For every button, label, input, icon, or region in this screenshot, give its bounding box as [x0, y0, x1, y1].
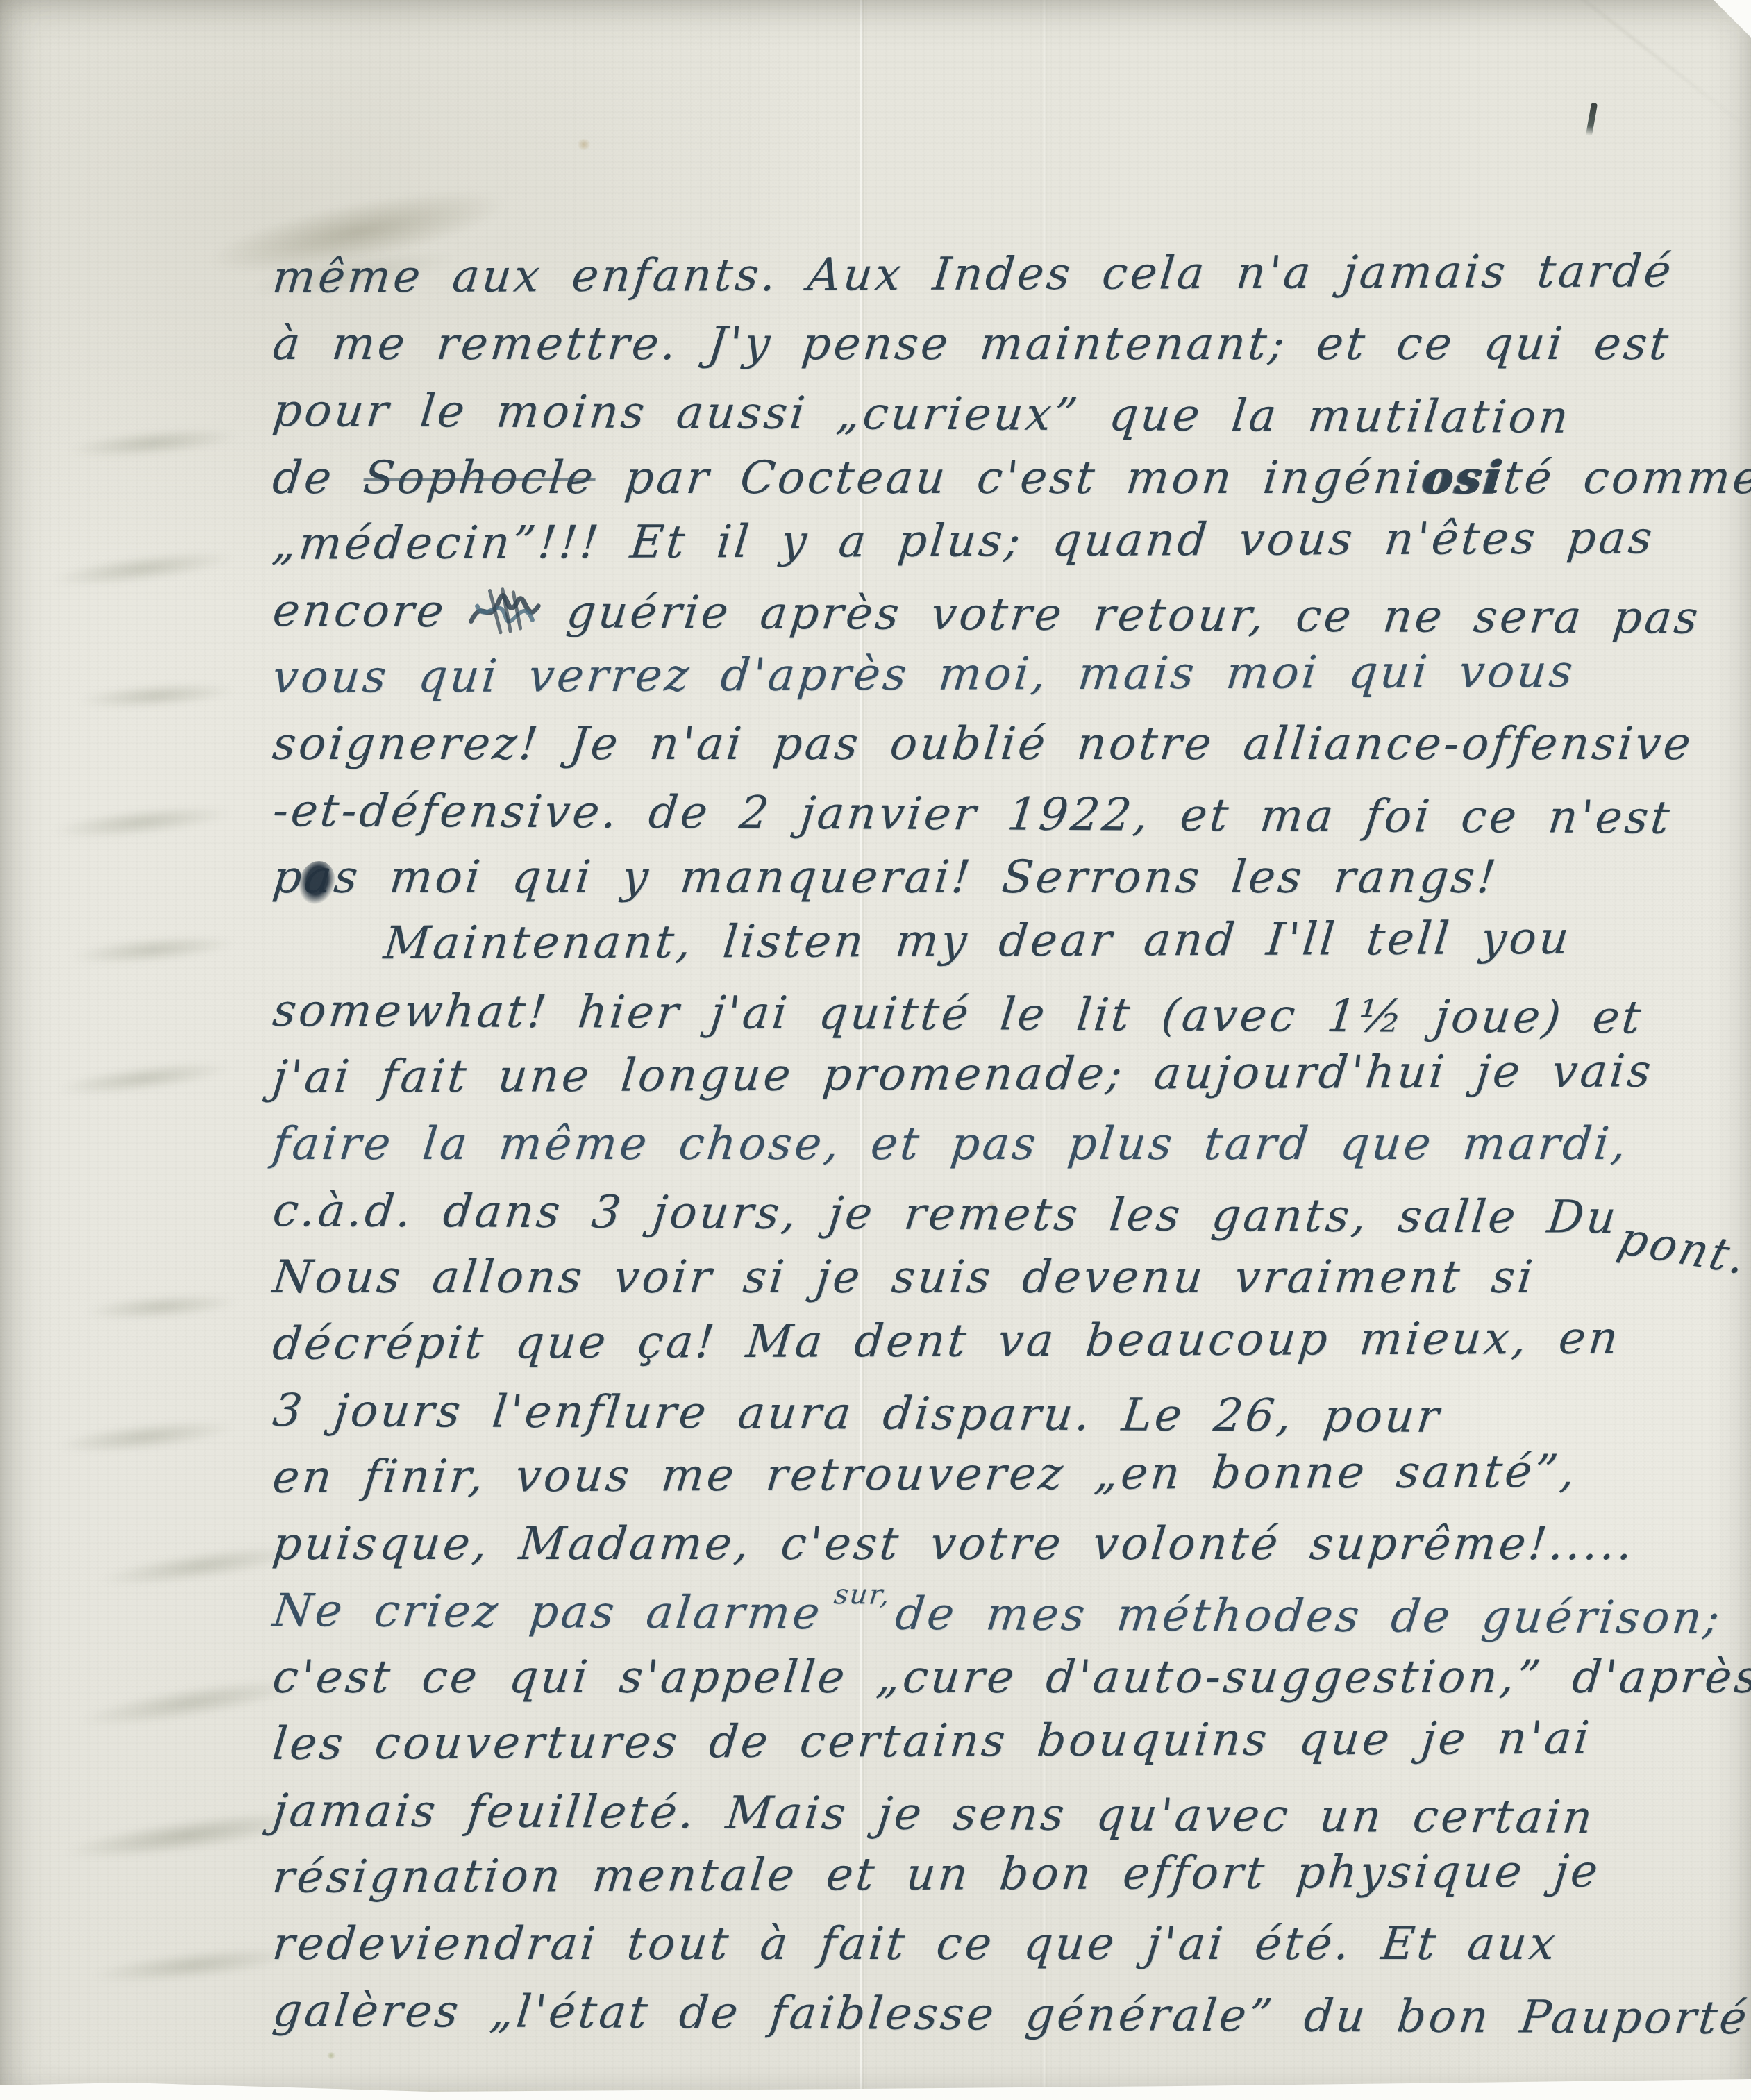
ink-blot-letter: a — [302, 851, 337, 903]
handwritten-letter: même aux enfants. Aux Indes cela n'a jam… — [269, 244, 1737, 2044]
letter-line: Ne criez pas alarmesur,de mes méthodes d… — [269, 1578, 1743, 1652]
show-through-mark — [76, 678, 237, 713]
show-through-mark — [90, 1940, 300, 1990]
stray-ink-mark — [1586, 103, 1598, 137]
letter-line: vous qui verrez d'après moi, mais moi qu… — [269, 638, 1745, 711]
letter-line: „médecin”!!! Et il y a plus; quand vous … — [269, 505, 1745, 578]
line-text: de — [270, 452, 367, 504]
show-through-mark — [83, 1290, 240, 1324]
overwritten-letters: osi — [1420, 451, 1507, 504]
paper-stain — [576, 139, 592, 150]
letter-line: pas moi qui y manquerai! Serrons les ran… — [269, 844, 1744, 911]
letter-line: pour le moins aussi „curieux” que la mut… — [269, 378, 1743, 452]
line-text: té comme — [1501, 452, 1751, 504]
inserted-word-above-line: sur, — [830, 1561, 894, 1628]
struck-word: Sophocle — [361, 452, 598, 504]
letter-line: en finir, vous me retrouverez „en bonne … — [269, 1438, 1745, 1511]
letter-line: Nous allons voir si je suis devenu vraim… — [269, 1244, 1744, 1311]
letter-line: faire la même chose, et pas plus tard qu… — [269, 1111, 1744, 1178]
letter-line-paragraph-start: Maintenant, listen my dear and I'll tell… — [269, 905, 1745, 978]
letter-line: c'est ce qui s'appelle „cure d'auto-sugg… — [269, 1644, 1744, 1711]
letter-line: -et-défensive. de 2 janvier 1922, et ma … — [269, 778, 1743, 852]
line-text: Ne criez pas alarme — [270, 1585, 825, 1640]
show-through-mark — [49, 799, 235, 844]
letter-line: puisque, Madame, c'est votre volonté sup… — [269, 1511, 1744, 1578]
show-through-mark — [55, 1056, 233, 1102]
show-through-mark — [69, 931, 237, 970]
line-text: guérie après votre retour, ce ne sera pa… — [564, 586, 1703, 644]
letter-line: galères „l'état de faiblesse générale” d… — [269, 1978, 1743, 2052]
line-text: de mes méthodes de guérison; — [893, 1588, 1725, 1644]
letter-line: j'ai fait une longue promenade; aujourd'… — [269, 1038, 1745, 1111]
show-through-mark — [48, 544, 237, 594]
letter-line: résignation mentale et un bon effort phy… — [269, 1838, 1745, 1911]
letter-line: décrépit que ça! Ma dent va beaucoup mie… — [269, 1305, 1745, 1378]
ink-scribble — [464, 585, 552, 637]
letter-line: soignerez! Je n'ai pas oublié notre alli… — [269, 711, 1744, 778]
corner-crease — [1523, 0, 1751, 133]
show-through-mark — [66, 423, 241, 463]
letter-line: de Sophocle par Cocteau c'est mon ingéni… — [269, 444, 1744, 511]
letter-line: c.à.d. dans 3 jours, je remets les gants… — [269, 1178, 1743, 1252]
line-text: encore — [270, 585, 449, 637]
letter-line: redeviendrai tout à fait ce que j'ai été… — [269, 1911, 1744, 1978]
letter-line: même aux enfants. Aux Indes cela n'a jam… — [269, 238, 1745, 311]
show-through-mark — [55, 1415, 237, 1460]
letter-page: même aux enfants. Aux Indes cela n'a jam… — [0, 0, 1751, 2100]
letter-line: les couvertures de certains bouquins que… — [269, 1705, 1745, 1778]
line-text: par Cocteau c'est mon ingéni — [593, 452, 1425, 504]
line-text: s moi qui y manquerai! Serrons les rangs… — [332, 851, 1501, 903]
line-text: c.à.d. dans 3 jours, je remets les gants… — [270, 1185, 1621, 1244]
paper-stain — [326, 2052, 336, 2059]
letter-line: à me remettre. J'y pense maintenant; et … — [269, 311, 1744, 378]
